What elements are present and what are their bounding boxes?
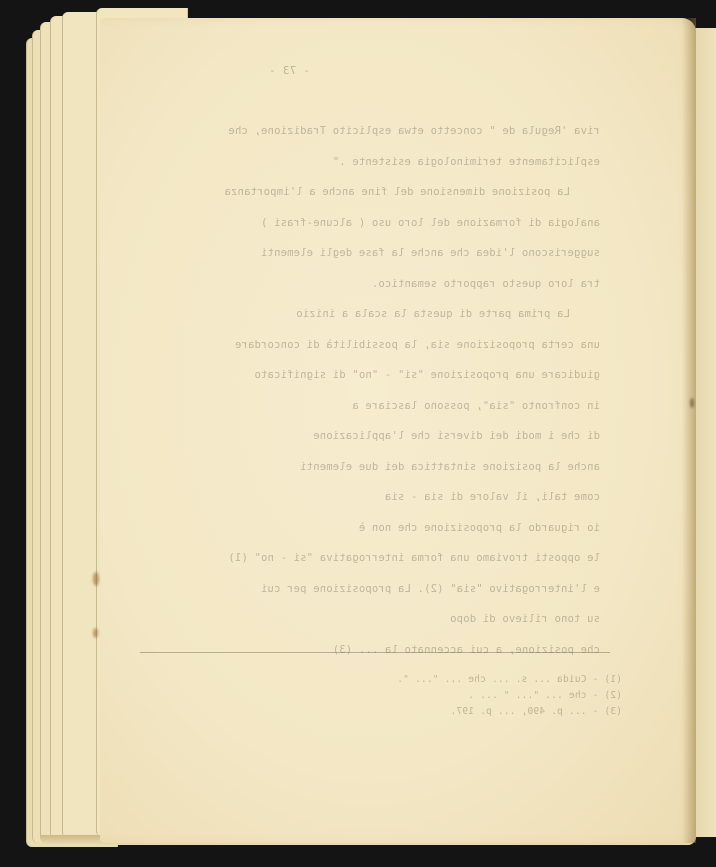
text-line: La prima parte di questa la scala a iniz…: [150, 299, 600, 330]
text-line: di che i modi dei diversi che l'applicaz…: [150, 421, 600, 452]
text-line: tra loro questo rapporto semantico.: [150, 269, 600, 300]
text-line: le opposti troviamo una forma interrogat…: [150, 543, 600, 574]
text-line: suggeriscono l'idea che anche la fase de…: [150, 238, 600, 269]
text-line: e l'interrogativo "sia" (2). La proposiz…: [150, 574, 600, 605]
book-spread: - 73 - riva 'Regula de " concetto etwa e…: [0, 0, 716, 867]
text-line: che posizione, a cui accennato la ... (3…: [150, 635, 600, 666]
foxing-stain: [690, 398, 694, 408]
page-number: - 73 -: [269, 64, 310, 77]
text-line: anche la posizione sintattica dei due el…: [150, 452, 600, 483]
foxing-stain: [93, 572, 99, 586]
footnote-rule: [140, 652, 610, 653]
text-line: in confronto "sia", possono lasciare a: [150, 391, 600, 422]
text-line: su tono rilievo di dopo: [150, 604, 600, 635]
body-text: riva 'Regula de " concetto etwa esplicit…: [150, 116, 600, 665]
text-line: io riguardo la proposizione che non è: [150, 513, 600, 544]
text-line: come tali, il valore di sia - sia: [150, 482, 600, 513]
foxing-stain: [93, 628, 98, 638]
text-line: una certa proposizione sia, la possibili…: [150, 330, 600, 361]
text-line: giudicare una proposizione "si" - "no" d…: [150, 360, 600, 391]
text-line: analogia di formazione del loro uso ( al…: [150, 208, 600, 239]
bleed-through-text: - 73 - riva 'Regula de " concetto etwa e…: [150, 50, 600, 790]
text-line: La posizione dimensione del fine anche a…: [150, 177, 600, 208]
text-line: esplicitamente teriminologia esistente .…: [150, 147, 600, 178]
page-gutter-shadow: [682, 18, 696, 843]
footnotes: (1) - Cuida ... s. ... che ... "... ".(2…: [142, 674, 622, 722]
text-line: riva 'Regula de " concetto etwa esplicit…: [150, 116, 600, 147]
footnote: (3) - ... p. 490, ... p. 197.: [142, 706, 622, 718]
footnote: (2) - che ... "... " ... .: [142, 690, 622, 702]
footnote: (1) - Cuida ... s. ... che ... "... ".: [142, 674, 622, 686]
